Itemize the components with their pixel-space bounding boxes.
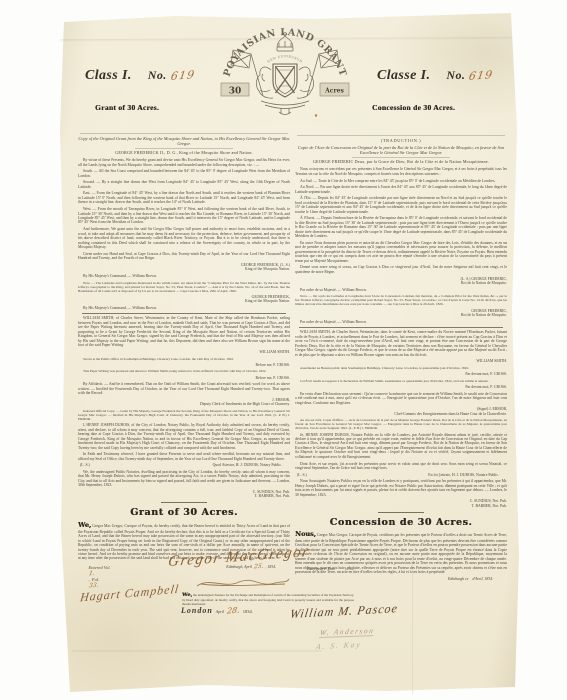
indorsed-paragraph-fr: Au dos est écrit, Copie d'Office. — Acte…: [295, 418, 507, 430]
paragraph-south-fr: Au Sud. — Toute la Côte de la Mer compri…: [295, 179, 507, 183]
command-line-2-fr: Par ordre de sa Majesté, — William Brown…: [295, 320, 507, 324]
before-me-2-en: Before me, F. CROSS.: [78, 376, 290, 380]
smith-affidavit-fr: WILLIAM SMITH, de Charles Street, Westmi…: [295, 330, 507, 357]
badge-acres: Acres: [324, 88, 344, 95]
sworn-line-fr: Assermenté au Bureau public dans Southam…: [295, 366, 507, 370]
rule: [80, 133, 288, 134]
date-year-en: , 1834.: [266, 565, 276, 569]
notary-paragraph-en: I, HENRY JOSEPH DUBOIS, of the City of L…: [78, 423, 290, 450]
paragraph-powers-fr: En outre Nous donnons plein pouvoir et a…: [295, 241, 507, 263]
london-date-line: London April 28. 1834.: [181, 606, 253, 615]
london-day-hand: 28.: [226, 606, 240, 616]
class-header-right: Classe I.No. 619: [377, 68, 493, 84]
before-me-1-en: Before me, F. CROSS.: [78, 363, 290, 367]
ornament-rule: [161, 502, 208, 503]
paragraph-north-fr: Au Nord. — Par une ligne droite tirée di…: [295, 185, 507, 194]
note-paragraph-en: Note. — The Latitudes and Longitudes men…: [78, 281, 290, 293]
signature-flourish: [195, 575, 291, 591]
notaries-paragraph-en: We, the undersigned Public Notaries, dwe…: [78, 470, 290, 488]
sworn-line-en: Sworn at the Public Office in Southampto…: [78, 357, 290, 361]
paragraph-powers-en: And furthermore, We grant unto the said …: [78, 227, 290, 249]
paragraph-given-en: Given under our Hand and Seal, at Cape G…: [78, 252, 290, 261]
notary-paragraph-fr: Je, HENRY JOSEPH DUBOIS, Notaire Public …: [295, 433, 507, 460]
london-label: London: [181, 606, 213, 615]
london-month: April: [216, 609, 224, 614]
before-me-2-fr: Par devant moi, F. CROSS.: [295, 385, 507, 389]
grant-number-left: 619: [169, 68, 195, 83]
paragraph-east-en: East. — From the Longitude of 84° 45′ We…: [78, 191, 290, 204]
acreage-badge-right: Acres: [320, 83, 349, 96]
trustee-signature-2: W. Anderson: [319, 626, 375, 638]
rule: [135, 148, 233, 149]
paragraph-west-en: West. — From the mouth of Tarraquina Riv…: [78, 207, 290, 225]
lead-word-fr: Nous,: [295, 530, 316, 538]
seal-mark-fr: (L. S.): [297, 473, 307, 477]
date-place-fr: Edinburgh ce: [448, 577, 468, 581]
indorsed-paragraph-en: Indorsed Official Copy. — Grant by His M…: [78, 409, 290, 421]
class-label-left: Class I.: [85, 68, 132, 83]
lead-word-en: We,: [78, 521, 91, 529]
no-label-left: No.: [148, 68, 167, 82]
king-signature-2-en: GEORGE FREDERICK, King of the Mosquito N…: [78, 295, 290, 304]
paragraph-grant-fr: Nous octroyons et concédons par ces prés…: [295, 167, 507, 176]
affidavit-paragraph-en: By Affidavit. — And be it remembered, Th…: [78, 382, 290, 395]
command-line-1-fr: Par ordre de sa Majesté, — William Brown…: [295, 288, 507, 292]
faith-paragraph-fr: Dont Acte, et sur requis, j'ai accordé l…: [295, 462, 507, 471]
ermor-signature-en: J. ERMOR, Deputy Clerk of Inrolments in …: [78, 398, 290, 407]
red-ink-spot: [315, 114, 317, 116]
paragraph-grant-en: By virtue of these Presents, We do hereb…: [78, 158, 290, 167]
quod-attestor-fr: En foi j'atteste, H. J. DUBOIS, Notaire …: [428, 473, 499, 477]
notaries-signatures-en: C. SUNDIUS, Not. Pub. T. BARBER, Not. Pu…: [78, 490, 290, 499]
badge-30: 30: [229, 87, 242, 97]
grant-subtitle-right: Concession de 30 Acres.: [372, 103, 455, 112]
seal-mark-en: (L. S.): [80, 463, 90, 467]
coat-of-arms: POYAISIAN LAND GRANT NEW EDINBURGH: [219, 20, 351, 120]
produced-line-en: This Paper Writing was produced and shew…: [78, 369, 290, 373]
king-title-en: GEORGE FREDERICK II., D. G., King of the…: [78, 151, 290, 156]
command-line-2-en: By His Majesty's Command, — William Brow…: [78, 306, 290, 310]
french-column: (TRADUCTION.) Copie de l'Acte de Concess…: [295, 133, 507, 583]
rule: [297, 135, 505, 136]
paragraph-north-en: Second. — By a straight line drawn due W…: [78, 180, 290, 189]
crest-arc-subtitle: NEW EDINBURGH: [267, 54, 304, 64]
grant-subtitle-left: Grant of 30 Acres.: [95, 103, 159, 112]
traduction-label: (TRADUCTION.): [295, 138, 507, 143]
seal-row-en: (L. S.) Quod Attestor, H. J. DUBOIS, Not…: [80, 463, 282, 467]
rule: [352, 158, 450, 159]
date-year-fr: d'Avril, 1834.: [472, 577, 493, 581]
king-title-fr: GEORGE FREDERIC Deux, par la Grace de Di…: [295, 160, 507, 165]
seal-row-fr: (L. S.) En foi j'atteste, H. J. DUBOIS, …: [297, 473, 499, 477]
ermor-signature-fr: (Signé) J. ERMOR, Chef-Commis des Enregi…: [295, 407, 507, 416]
trustees-lead-word: We,: [182, 592, 192, 598]
london-year: 1834.: [243, 609, 253, 614]
grant-number-right: 619: [468, 68, 494, 83]
copy-heading-en: Copy of the Original Grant from the King…: [78, 136, 290, 146]
quod-attestor-en: Quod Attestor, H. J. DUBOIS, Notary Publ…: [213, 463, 282, 467]
crest-arc-title: POYAISIAN LAND GRANT: [222, 27, 349, 78]
king-signature-1-en: GEORGE FREDERICK, (L. S.) King of the Mo…: [78, 263, 290, 272]
no-label-right: No.: [446, 68, 465, 82]
copy-heading-fr: Copie de l'Acte de Concession en Origina…: [295, 145, 507, 155]
notaries-paragraph-fr: Nous Soussignés Notaires Publics reçus e…: [295, 479, 507, 497]
acreage-badge-left: 30: [221, 83, 249, 97]
ornament-rule: [378, 512, 425, 513]
paragraph-given-fr: Donné sous notre seing et sceau, au Cap …: [295, 265, 507, 274]
class-label-right: Classe I.: [377, 68, 430, 83]
document-scan: Class I.No. 619 Classe I.No. 619 Grant o…: [0, 0, 567, 700]
english-column: Copy of the Original Grant from the King…: [78, 131, 290, 572]
affidavit-paragraph-fr: En vertu d'une Déclaration sous serment …: [295, 392, 507, 405]
smith-signature-en: WILLIAM SMITH.: [78, 350, 290, 354]
before-me-1-fr: Par devant moi, F. CROSS.: [295, 372, 507, 376]
shield-icon: [273, 64, 297, 97]
command-line-1-en: By His Majesty's Command, — William Brow…: [78, 274, 290, 278]
section-divider: [299, 327, 503, 328]
faith-paragraph-en: In Faith and Testimony whereof, I have g…: [78, 452, 290, 461]
registered-tome-line: Enregistré Tom. , Fol.: [307, 566, 354, 571]
king-signature-1-fr: (L. S.) GEORGE FREDERIC, Roi de la Natio…: [295, 277, 507, 286]
class-header-left: Class I.No. 619: [85, 68, 195, 84]
grant-heading-en: Grant of 30 Acres.: [78, 507, 290, 518]
section-divider: [82, 313, 286, 314]
edinburgh-date-fr: Edinburgh ce d'Avril, 1834.: [295, 577, 493, 581]
king-signature-2-fr: GEORGE FREDERIC, Roi de la Nation de Mos…: [295, 309, 507, 318]
note-paragraph-fr: Nota. — On a pris les Latitudes et Longi…: [295, 294, 507, 306]
smith-signature-fr: WILLIAM SMITH.: [295, 359, 507, 363]
paragraph-east-fr: À l'Est. — Depuis les 84° 45′ de Longitu…: [295, 196, 507, 214]
entered-vol-hand: 1.: [88, 570, 95, 577]
smith-affidavit-en: WILLIAM SMITH, of Charles Street, Westmi…: [78, 316, 290, 347]
paragraph-south-en: South. — All the Sea Coast comprised and…: [78, 169, 290, 178]
notaries-signatures-fr: C. SUNDIUS, Not. Pub. T. BARBER, Not. Pu…: [295, 499, 507, 508]
paragraph-west-fr: À l'Ouest. — Depuis l'embouchure de la R…: [295, 216, 507, 238]
crest-base: [261, 101, 309, 115]
grant-heading-fr: Concession de 30 Acres.: [295, 517, 507, 528]
produced-line-fr: Cet Écrit susdit se rapporte à la déclar…: [295, 379, 507, 383]
